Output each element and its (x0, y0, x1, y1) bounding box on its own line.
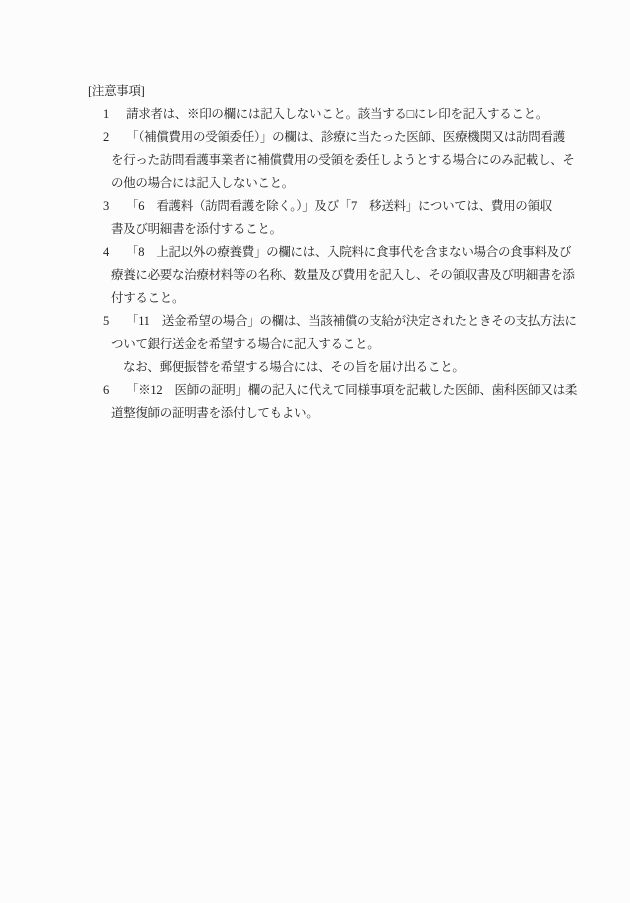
item-number: 1 (103, 103, 126, 126)
item-text-line: 「8 上記以外の療養費」の欄には、入院料に食事代を含まない場合の食事料及び (126, 245, 571, 259)
item-number: 4 (103, 241, 126, 264)
note-item-3: 3「6 看護料（訪問看護を除く。）」及び「7 移送料」については、費用の領収 (0, 195, 630, 218)
item-text-line: ついて銀行送金を希望する場合に記入すること。 (0, 333, 630, 356)
item-text-line: 「6 看護料（訪問看護を除く。）」及び「7 移送料」については、費用の領収 (126, 199, 552, 213)
item-text-line: 「（補償費用の受領委任）」の欄は、診療に当たった医師、医療機関又は訪問看護 (126, 130, 565, 144)
item-number: 5 (103, 310, 126, 333)
item-number: 6 (103, 379, 126, 402)
item-text-line: の他の場合には記入しないこと。 (0, 172, 630, 195)
notes-heading: [注意事項] (0, 80, 630, 103)
item-text-line: 付すること。 (0, 287, 630, 310)
notes-section: [注意事項] 1請求者は、※印の欄には記入しないこと。該当する□にレ印を記入する… (0, 80, 630, 425)
item-note-line: なお、郵便振替を希望する場合には、その旨を届け出ること。 (0, 356, 630, 379)
note-item-2: 2「（補償費用の受領委任）」の欄は、診療に当たった医師、医療機関又は訪問看護 (0, 126, 630, 149)
item-text-line: 請求者は、※印の欄には記入しないこと。該当する□にレ印を記入すること。 (126, 107, 548, 121)
item-text-line: 「11 送金希望の場合」の欄は、当該補償の支給が決定されたときその支払方法に (126, 314, 577, 328)
note-item-1: 1請求者は、※印の欄には記入しないこと。該当する□にレ印を記入すること。 (0, 103, 630, 126)
item-text-line: を行った訪問看護事業者に補償費用の受領を委任しようとする場合にのみ記載し、そ (0, 149, 630, 172)
item-text-line: 道整復師の証明書を添付してもよい。 (0, 402, 630, 425)
item-text-line: 書及び明細書を添付すること。 (0, 218, 630, 241)
document-page: [注意事項] 1請求者は、※印の欄には記入しないこと。該当する□にレ印を記入する… (0, 0, 630, 903)
item-text-line: 「※12 医師の証明」欄の記入に代えて同様事項を記載した医師、歯科医師又は柔 (126, 383, 577, 397)
item-number: 2 (103, 126, 126, 149)
note-item-6: 6「※12 医師の証明」欄の記入に代えて同様事項を記載した医師、歯科医師又は柔 (0, 379, 630, 402)
item-number: 3 (103, 195, 126, 218)
note-item-5: 5「11 送金希望の場合」の欄は、当該補償の支給が決定されたときその支払方法に (0, 310, 630, 333)
note-item-4: 4「8 上記以外の療養費」の欄には、入院料に食事代を含まない場合の食事料及び (0, 241, 630, 264)
item-text-line: 療養に必要な治療材料等の名称、数量及び費用を記入し、その領収書及び明細書を添 (0, 264, 630, 287)
